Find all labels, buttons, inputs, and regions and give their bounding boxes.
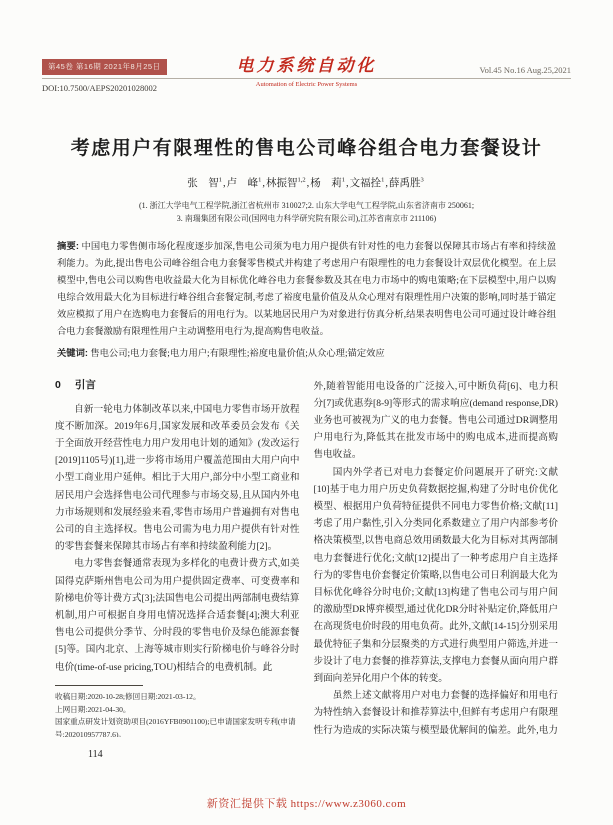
author-name: 林振智 xyxy=(266,178,298,189)
volume-info: Vol.45 No.16 Aug.25,2021 xyxy=(396,65,571,75)
keywords-label: 关键词: xyxy=(57,348,88,358)
left-paragraphs: 自新一轮电力体制改革以来,中国电力零售市场开放程度不断加深。2019年6月,国家… xyxy=(55,401,300,676)
affiliations: (1. 浙江大学电气工程学院,浙江省杭州市 310027;2. 山东大学电气工程… xyxy=(0,199,613,225)
author-affiliation-superscript: 1 xyxy=(258,176,261,183)
body-paragraph: 国内外学者已对电力套餐定价问题展开了研究:文献[10]基于电力用户历史负荷数据挖… xyxy=(314,464,559,688)
right-column: 外,随着智能用电设备的广泛接入,可中断负荷[6]、电力积分[7]或优惠券[8-9… xyxy=(314,371,559,737)
masthead-row-top: 第45卷 第16期 2021年8月25日 电力系统自动化 Vol.45 No.1… xyxy=(42,56,571,75)
author-list: 张 智1,卢 峰1,林振智1,2,杨 莉1,文福拴1,薛禹胜3 xyxy=(0,175,613,190)
left-column: 0引言 自新一轮电力体制改革以来,中国电力零售市场开放程度不断加深。2019年6… xyxy=(55,371,300,737)
author: 杨 莉1, xyxy=(310,178,349,189)
body-paragraph: 外,随着智能用电设备的广泛接入,可中断负荷[6]、电力积分[7]或优惠券[8-9… xyxy=(314,378,559,464)
abstract-label: 摘要: xyxy=(57,241,79,251)
doi-text: DOI:10.7500/AEPS20201028002 xyxy=(42,79,217,93)
author-name: 文福拴 xyxy=(350,178,382,189)
footnote-line: 国家重点研发计划资助项目(2016YFB0901100);已申请国家发明专利(申… xyxy=(55,716,300,736)
two-column-body: 0引言 自新一轮电力体制改革以来,中国电力零售市场开放程度不断加深。2019年6… xyxy=(0,371,613,737)
author: 张 智1, xyxy=(187,178,226,189)
keywords-text: 售电公司;电力套餐;电力用户;有限理性;裕度电量价值;从众心理;锚定效应 xyxy=(90,349,384,359)
affiliation-line: (1. 浙江大学电气工程学院,浙江省杭州市 310027;2. 山东大学电气工程… xyxy=(0,199,613,212)
author-name: 张 智 xyxy=(187,178,219,189)
article-title: 考虑用户有限理性的售电公司峰谷组合电力套餐设计 xyxy=(30,133,583,160)
author-affiliation-superscript: 1 xyxy=(381,176,384,183)
author-affiliation-superscript: 1,2 xyxy=(298,176,306,183)
author: 文福拴1, xyxy=(350,178,389,189)
right-paragraphs: 外,随着智能用电设备的广泛接入,可中断负荷[6]、电力积分[7]或优惠券[8-9… xyxy=(314,378,559,737)
author-name: 薛禹胜 xyxy=(389,178,421,189)
footnote-block: 收稿日期:2020-10-28;修回日期:2021-03-12。上网日期:202… xyxy=(55,685,300,737)
masthead-row-bottom: DOI:10.7500/AEPS20201028002 Automation o… xyxy=(42,79,571,93)
journal-name-en: Automation of Electric Power Systems xyxy=(217,79,396,88)
keywords-line: 关键词: 售电公司;电力套餐;电力用户;有限理性;裕度电量价值;从众心理;锚定效… xyxy=(57,345,556,363)
abstract-paragraph: 摘要: 中国电力零售侧市场化程度逐步加深,售电公司须为电力用户提供有针对性的电力… xyxy=(57,238,556,341)
abstract-text: 中国电力零售侧市场化程度逐步加深,售电公司须为电力用户提供有针对性的电力套餐以保… xyxy=(57,242,556,337)
author-affiliation-superscript: 1 xyxy=(342,176,345,183)
author-separator: , xyxy=(262,178,265,189)
body-paragraph: 自新一轮电力体制改革以来,中国电力零售市场开放程度不断加深。2019年6月,国家… xyxy=(55,401,300,556)
author-affiliation-superscript: 3 xyxy=(421,176,424,183)
author-name: 杨 莉 xyxy=(310,178,342,189)
download-watermark: 新资汇提供下载 https://www.z3060.com xyxy=(0,795,613,811)
author: 薛禹胜3 xyxy=(389,178,426,189)
footnote-lines: 收稿日期:2020-10-28;修回日期:2021-03-12。上网日期:202… xyxy=(55,691,300,737)
author-separator: , xyxy=(307,178,310,189)
footnote-line: 上网日期:2021-04-30。 xyxy=(55,704,300,717)
affiliation-line: 3. 南瑞集团有限公司(国网电力科学研究院有限公司),江苏省南京市 211106… xyxy=(0,212,613,225)
body-paragraph: 虽然上述文献将用户对电力套餐的选择偏好和用电行为特性纳入套餐设计和推荐算法中,但… xyxy=(314,687,559,736)
journal-masthead: 第45卷 第16期 2021年8月25日 电力系统自动化 Vol.45 No.1… xyxy=(0,0,613,93)
paper-page: 第45卷 第16期 2021年8月25日 电力系统自动化 Vol.45 No.1… xyxy=(0,0,613,825)
journal-name-cn: 电力系统自动化 xyxy=(217,57,396,75)
author-affiliation-superscript: 1 xyxy=(219,176,222,183)
author-separator: , xyxy=(346,178,349,189)
author: 林振智1,2, xyxy=(266,178,310,189)
footnote-rule xyxy=(55,685,143,686)
author-separator: , xyxy=(385,178,388,189)
author-name: 卢 峰 xyxy=(227,178,259,189)
author-separator: , xyxy=(223,178,226,189)
section-heading-introduction: 0引言 xyxy=(55,377,300,392)
section-title: 引言 xyxy=(75,379,96,391)
page-number: 114 xyxy=(88,749,103,760)
issue-badge: 第45卷 第16期 2021年8月25日 xyxy=(42,59,167,75)
abstract-block: 摘要: 中国电力零售侧市场化程度逐步加深,售电公司须为电力用户提供有针对性的电力… xyxy=(57,238,556,363)
section-number: 0 xyxy=(55,379,61,391)
body-paragraph: 电力零售套餐通常表现为多样化的电费计费方式,如美国得克萨斯州售电公司为用户提供固… xyxy=(55,555,300,675)
footnote-line: 收稿日期:2020-10-28;修回日期:2021-03-12。 xyxy=(55,691,300,704)
author: 卢 峰1, xyxy=(227,178,266,189)
